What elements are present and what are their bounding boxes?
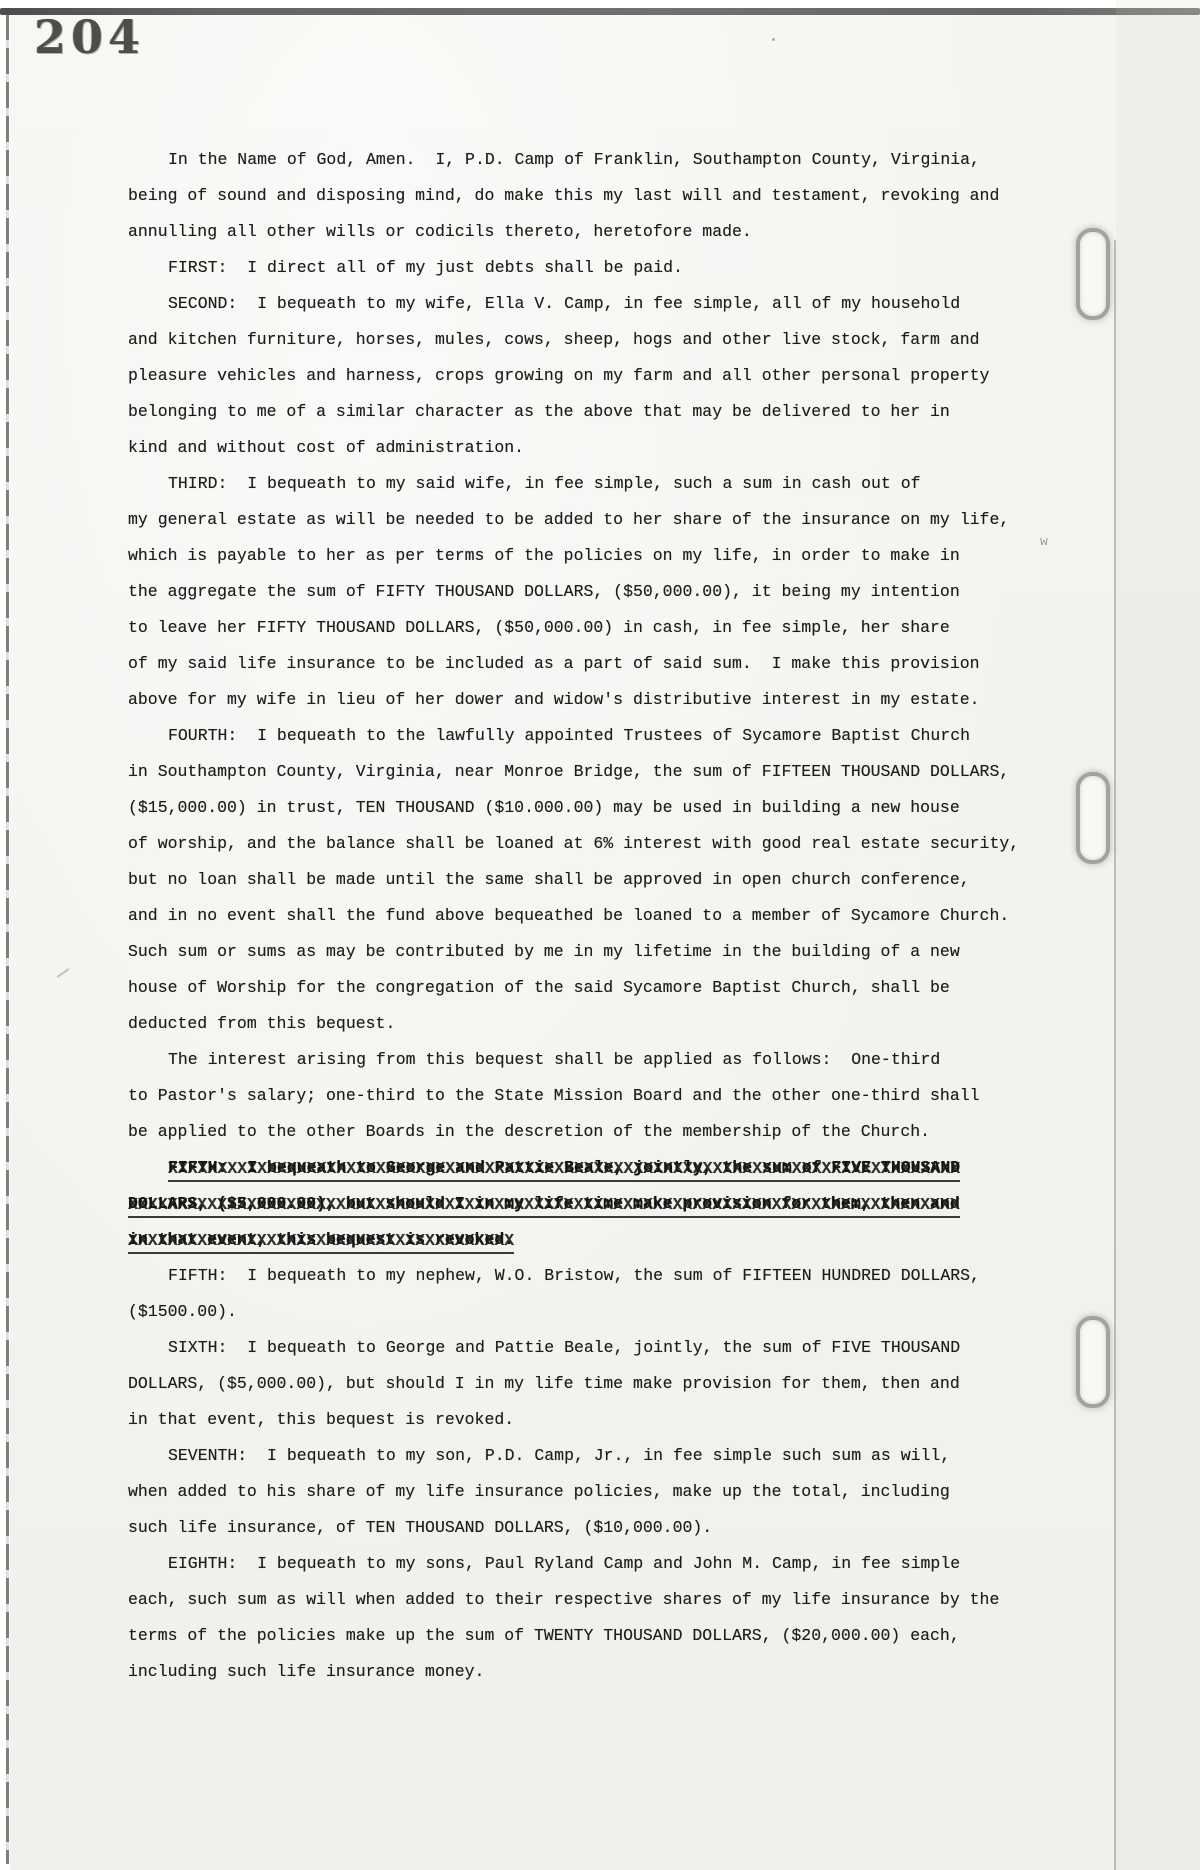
page-number-stamp: 204 (34, 10, 145, 64)
text-line: SECOND: I bequeath to my wife, Ella V. C… (128, 286, 1040, 322)
text-line: pleasure vehicles and harness, crops gro… (128, 358, 1040, 394)
text-line: above for my wife in lieu of her dower a… (128, 682, 1040, 718)
text-line: DOLLARS, ($5,000.00), but should I in my… (128, 1366, 1040, 1402)
ink-smudge: w (1040, 534, 1050, 549)
text-line: and kitchen furniture, horses, mules, co… (128, 322, 1040, 358)
paper-edge-line (1114, 240, 1116, 1870)
text-line: In the Name of God, Amen. I, P.D. Camp o… (128, 142, 1040, 178)
struck-text-line: DOLLARS, ($5,000.00), but should I in my… (128, 1186, 1040, 1222)
text-line: THIRD: I bequeath to my said wife, in fe… (128, 466, 1040, 502)
text-line: of my said life insurance to be included… (128, 646, 1040, 682)
text-line: SIXTH: I bequeath to George and Pattie B… (128, 1330, 1040, 1366)
text-line: EIGHTH: I bequeath to my sons, Paul Ryla… (128, 1546, 1040, 1582)
text-line: my general estate as will be needed to b… (128, 502, 1040, 538)
scan-edge-left (6, 14, 9, 1864)
text-line: annulling all other wills or codicils th… (128, 214, 1040, 250)
text-line: The interest arising from this bequest s… (128, 1042, 1040, 1078)
overtyped-strikeout: DOLLARS, ($5,000.00), but should I in my… (128, 1186, 960, 1222)
text-line: including such life insurance money. (128, 1654, 1040, 1690)
text-line: belonging to me of a similar character a… (128, 394, 1040, 430)
text-line: FIRST: I direct all of my just debts sha… (128, 250, 1040, 286)
text-line: terms of the policies make up the sum of… (128, 1618, 1040, 1654)
page-right-shading (1116, 0, 1200, 1870)
text-line: SEVENTH: I bequeath to my son, P.D. Camp… (128, 1438, 1040, 1474)
text-line: FOURTH: I bequeath to the lawfully appoi… (128, 718, 1040, 754)
text-line: when added to his share of my life insur… (128, 1474, 1040, 1510)
text-line: being of sound and disposing mind, do ma… (128, 178, 1040, 214)
will-text-block: In the Name of God, Amen. I, P.D. Camp o… (128, 142, 1040, 1690)
text-line: but no loan shall be made until the same… (128, 862, 1040, 898)
text-line: FIFTH: I bequeath to my nephew, W.O. Bri… (128, 1258, 1040, 1294)
text-line: and in no event shall the fund above beq… (128, 898, 1040, 934)
text-line: in Southampton County, Virginia, near Mo… (128, 754, 1040, 790)
text-line: house of Worship for the congregation of… (128, 970, 1040, 1006)
binder-hole-top (1076, 228, 1110, 320)
text-line: such life insurance, of TEN THOUSAND DOL… (128, 1510, 1040, 1546)
text-line: be applied to the other Boards in the de… (128, 1114, 1040, 1150)
text-line: of worship, and the balance shall be loa… (128, 826, 1040, 862)
text-line: ($15,000.00) in trust, TEN THOUSAND ($10… (128, 790, 1040, 826)
overtyped-strikeout: in that event, this bequest is revoked.X… (128, 1222, 514, 1258)
text-line: kind and without cost of administration. (128, 430, 1040, 466)
text-line: in that event, this bequest is revoked. (128, 1402, 1040, 1438)
text-line: ($1500.00). (128, 1294, 1040, 1330)
text-line: to Pastor's salary; one-third to the Sta… (128, 1078, 1040, 1114)
binder-hole-bottom (1076, 1316, 1110, 1408)
binder-hole-middle (1076, 772, 1110, 864)
text-line: to leave her FIFTY THOUSAND DOLLARS, ($5… (128, 610, 1040, 646)
scan-edge-top (0, 8, 1200, 15)
text-line: Such sum or sums as may be contributed b… (128, 934, 1040, 970)
struck-text-line: FIFTH: I bequeath to George and Pattie B… (128, 1150, 1040, 1186)
paper-speck (772, 38, 775, 41)
struck-text-line: in that event, this bequest is revoked.X… (128, 1222, 1040, 1258)
text-line: which is payable to her as per terms of … (128, 538, 1040, 574)
overtyped-strikeout: FIFTH: I bequeath to George and Pattie B… (168, 1150, 960, 1186)
text-line: the aggregate the sum of FIFTY THOUSAND … (128, 574, 1040, 610)
text-line: each, such sum as will when added to the… (128, 1582, 1040, 1618)
text-line: deducted from this bequest. (128, 1006, 1040, 1042)
